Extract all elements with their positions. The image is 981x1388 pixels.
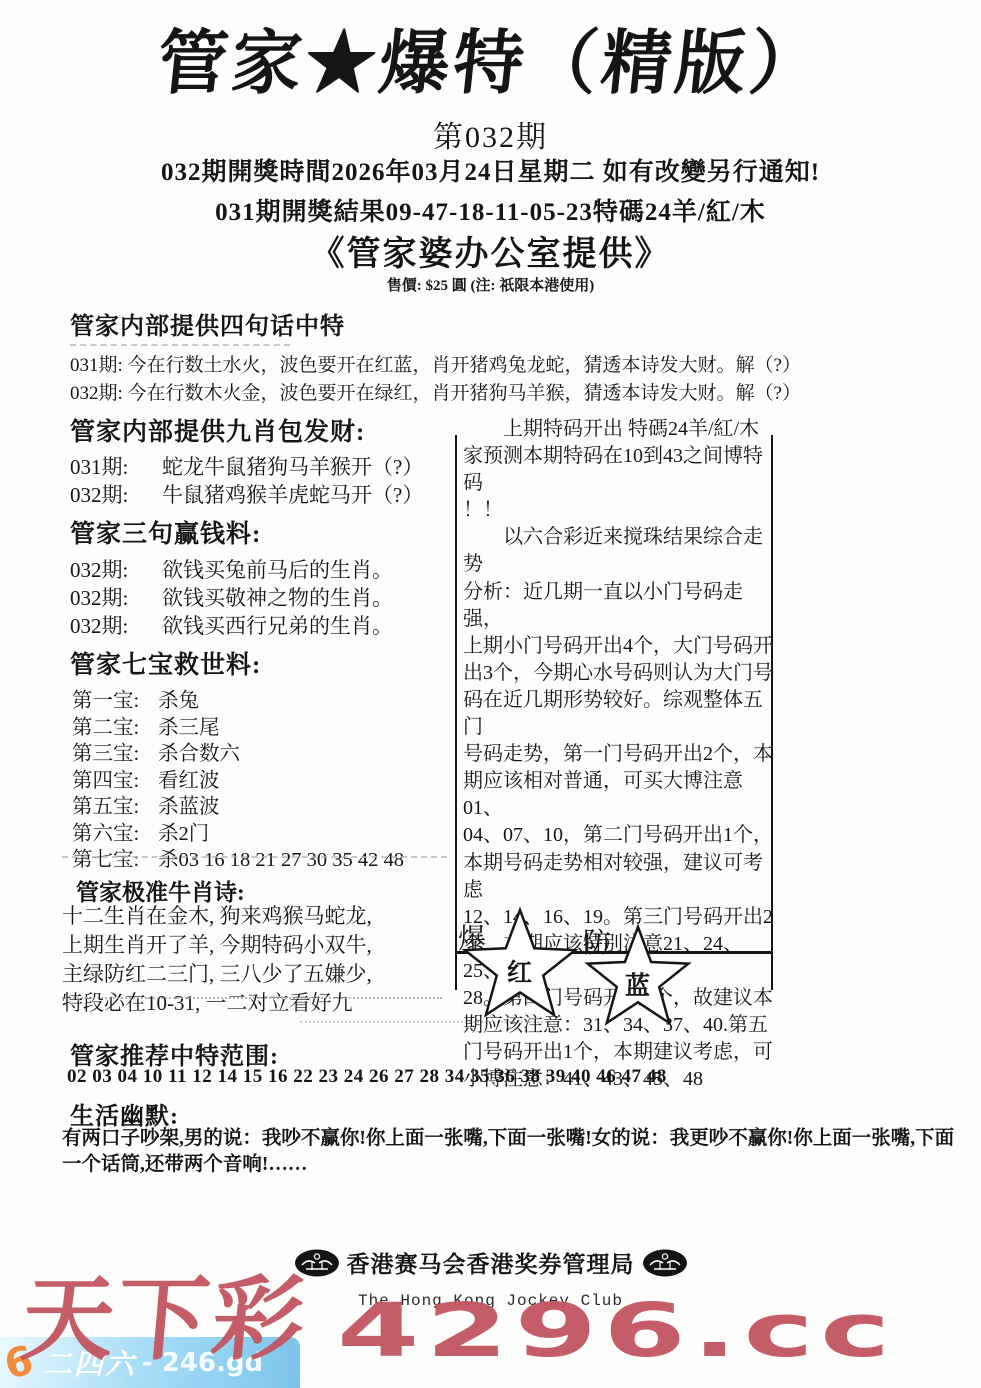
row-label: 032期:: [70, 584, 162, 612]
row-label: 第二宝:: [72, 715, 158, 742]
nine-zodiac-rows: 031期: 蛇龙牛鼠猪狗马羊猴开（?） 032期: 牛鼠猪鸡猴羊虎蛇马开（?）: [70, 453, 423, 509]
list-item: 第五宝: 杀蓝波: [72, 794, 404, 821]
page-title: 管家★爆特（精版）: [0, 26, 981, 103]
tip-sheet-page: 管家★爆特（精版） 第032期 032期開獎時間2026年03月24日星期二 如…: [0, 0, 981, 1388]
four-sentence-line: 032期: 今在行数木火金，波色要开在绿红，肖开猪狗马羊猴，猜透本诗发大财。解（…: [70, 380, 801, 408]
scan-artifact-line: [62, 997, 442, 999]
watermark-domain: 4296.cc: [337, 1296, 897, 1366]
last-draw-result: 031期開獎結果09-47-18-11-05-23特碼24羊/紅/木: [0, 192, 981, 228]
row-text: 杀2门: [158, 821, 209, 848]
row-text: 蛇龙牛鼠猪狗马羊猴开（?）: [162, 453, 423, 481]
issue-number: 第032期: [0, 112, 981, 156]
row-text: 杀三尾: [158, 715, 220, 742]
three-sentence-rows: 032期: 欲钱买兔前马后的生肖。 032期: 欲钱买敬神之物的生肖。 032期…: [70, 556, 393, 640]
list-item: 第一宝: 杀兔: [72, 688, 404, 715]
section-heading-seven-treasure: 管家七宝救世料:: [70, 645, 261, 681]
list-item: 第六宝: 杀2门: [72, 821, 404, 848]
list-item: 032期: 牛鼠猪鸡猴羊虎蛇马开（?）: [70, 481, 423, 509]
scan-artifact-line: [62, 856, 447, 858]
list-item: 032期: 欲钱买敬神之物的生肖。: [70, 584, 393, 612]
four-sentence-line: 031期: 今在行数土水火，波色要开在红蓝，肖开猪鸡兔龙蛇，猜透本诗发大财。解（…: [70, 352, 801, 380]
row-text: 杀蓝波: [158, 794, 220, 821]
row-label: 032期:: [70, 556, 162, 584]
row-text: 牛鼠猪鸡猴羊虎蛇马开（?）: [162, 481, 423, 509]
row-text: 杀合数六: [158, 741, 240, 768]
ox-poem-text: 十二生肖在金木, 狗来鸡猴马蛇龙, 上期生肖开了羊, 今期特码小双牛, 主绿防红…: [62, 902, 372, 1018]
jockey-club-emblem-icon: [642, 1248, 688, 1278]
scan-artifact-line: [70, 344, 290, 346]
list-item: 第三宝: 杀合数六: [72, 741, 404, 768]
list-item: 032期: 欲钱买西行兄弟的生肖。: [70, 612, 393, 640]
row-text: 欲钱买西行兄弟的生肖。: [162, 612, 393, 640]
row-text: 欲钱买兔前马后的生肖。: [162, 556, 393, 584]
row-label: 第四宝:: [72, 768, 158, 795]
list-item: 第二宝: 杀三尾: [72, 715, 404, 742]
row-label: 031期:: [70, 453, 162, 481]
four-sentence-lines: 031期: 今在行数土水火，波色要开在红蓝，肖开猪鸡兔龙蛇，猜透本诗发大财。解（…: [70, 352, 801, 408]
provider-line: 《管家婆办公室提供》: [0, 226, 981, 275]
row-label: 第六宝:: [72, 821, 158, 848]
humor-text: 有两口子吵架,男的说：我吵不赢你!你上面一张嘴,下面一张嘴!女的说：我更吵不赢你…: [62, 1126, 967, 1178]
draw-time-notice: 032期開獎時間2026年03月24日星期二 如有改變另行通知!: [0, 152, 981, 188]
row-text: 杀兔: [158, 688, 199, 715]
row-text: 欲钱买敬神之物的生肖。: [162, 584, 393, 612]
burst-color-label: 红: [507, 953, 532, 989]
row-label: 032期:: [70, 481, 162, 509]
row-label: 第五宝:: [72, 794, 158, 821]
red-blue-star-icon: [456, 906, 696, 1036]
row-label: 第一宝:: [72, 688, 158, 715]
guard-label: 防: [583, 921, 611, 961]
section-heading-nine-zodiac: 管家内部提供九肖包发财:: [70, 412, 365, 448]
row-text: 看红波: [158, 768, 220, 795]
row-label: 032期:: [70, 612, 162, 640]
row-label: 第三宝:: [72, 741, 158, 768]
burst-label: 爆: [458, 917, 486, 957]
row-label: 第七宝:: [72, 847, 158, 874]
price-note: 售價: $25 圓 (注: 祇限本港使用): [0, 274, 981, 295]
list-item: 031期: 蛇龙牛鼠猪狗马羊猴开（?）: [70, 453, 423, 481]
watermark: 天下彩 4296.cc: [22, 1274, 687, 1366]
guard-color-label: 蓝: [625, 966, 650, 1002]
section-heading-three-sentence: 管家三句赢钱料:: [70, 514, 261, 550]
row-text: 杀03 16 18 21 27 30 35 42 48: [158, 847, 404, 874]
list-item: 第七宝: 杀03 16 18 21 27 30 35 42 48: [72, 847, 404, 874]
section-heading-four-sentence: 管家内部提供四句话中特: [70, 306, 345, 341]
seven-treasure-rows: 第一宝: 杀兔 第二宝: 杀三尾 第三宝: 杀合数六 第四宝: 看红波 第五宝:…: [72, 688, 404, 874]
list-item: 032期: 欲钱买兔前马后的生肖。: [70, 556, 393, 584]
watermark-name: 天下彩: [18, 1274, 311, 1366]
list-item: 第四宝: 看红波: [72, 768, 404, 795]
